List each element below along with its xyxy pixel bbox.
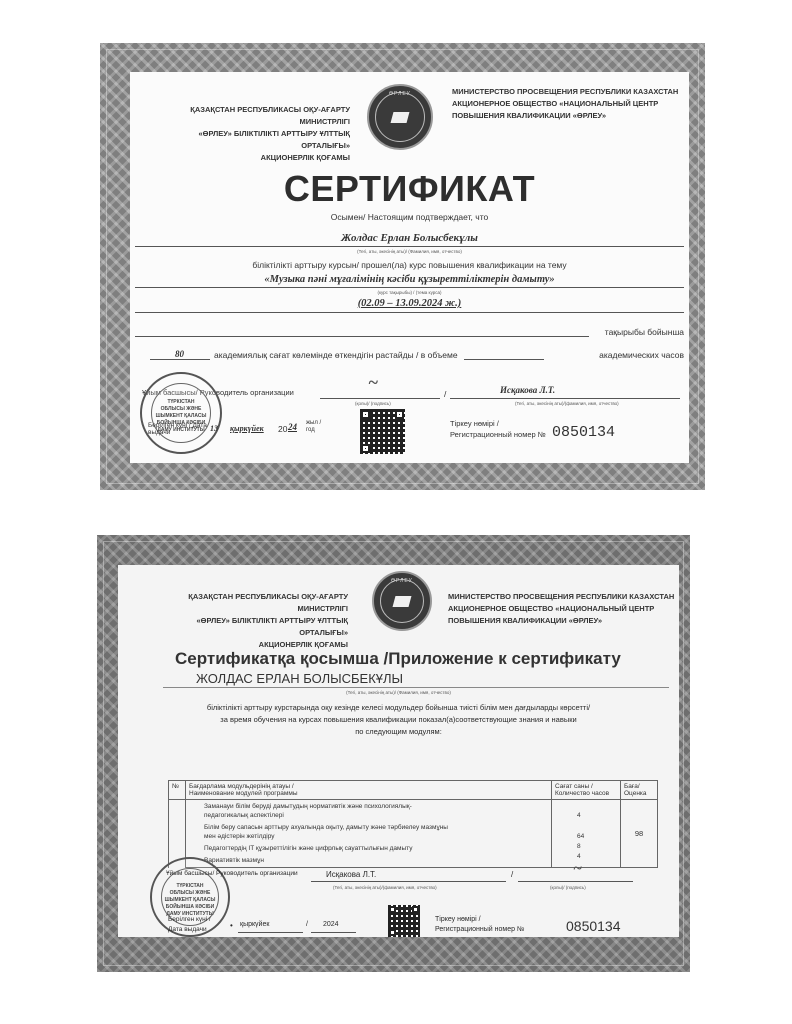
issued-year: 2024 xyxy=(323,921,339,928)
name-caption: (Тегі, аты, әкесінің аты)/ (Фамилия, имя… xyxy=(130,249,689,254)
issued-month: қыркүйек xyxy=(230,424,264,433)
reg-label-2: Регистрационный номер № xyxy=(450,430,546,439)
official-stamp: ТҮРКІСТАН ОБЛЫСЫ ЖӘНЕ ШЫМКЕНТ ҚАЛАСЫ БОЙ… xyxy=(140,372,222,454)
header-line: «ӨРЛЕУ» БІЛІКТІЛІКТІ АРТТЫРУ ҰЛТТЫҚ ОРТА… xyxy=(148,615,348,639)
head-name: Исқакова Л.Т. xyxy=(326,870,376,879)
course-dates: (02.09 – 13.09.2024 ж.) xyxy=(130,298,689,309)
module-name: Педагогтердің IT құзыреттілігін және циф… xyxy=(204,844,548,853)
header-russian: МИНИСТЕРСТВО ПРОСВЕЩЕНИЯ РЕСПУБЛИКИ КАЗА… xyxy=(448,591,688,627)
hours-text: академиялық сағат көлемінде өткендігін р… xyxy=(214,350,458,360)
header-line: АКЦИОНЕРНОЕ ОБЩЕСТВО «НАЦИОНАЛЬНЫЙ ЦЕНТР xyxy=(452,98,692,110)
issued-label: Берілген күні / Дата выдачи xyxy=(148,422,208,436)
recipient-name: Жолдас Ерлан Болысбекұлы xyxy=(130,232,689,244)
issued-label: Берілген күні / Дата выдачи xyxy=(168,915,211,935)
hours-list: 4 64 8 4 xyxy=(552,800,621,868)
issued-year-suffix: 24 xyxy=(288,422,297,432)
appendix-title: Сертификатқа қосымша /Приложение к серти… xyxy=(175,649,621,669)
header-line: ПОВЫШЕНИЯ КВАЛИФИКАЦИИ «ӨРЛЕУ» xyxy=(452,110,692,122)
orleu-logo-icon: ӨРЛЕУ xyxy=(372,571,432,631)
module-hours: 64 xyxy=(577,832,617,841)
open-book-icon xyxy=(393,596,412,607)
appendix-body: ҚАЗАҚСТАН РЕСПУБЛИКАСЫ ОҚУ-АҒАРТУ МИНИСТ… xyxy=(118,565,679,937)
reg-label-1: Тіркеу нөмірі / xyxy=(450,419,499,428)
certificate-appendix-page: ҚАЗАҚСТАН РЕСПУБЛИКАСЫ ОҚУ-АҒАРТУ МИНИСТ… xyxy=(97,535,690,972)
reg-label: Тіркеу нөмірі / Регистрационный номер № xyxy=(435,915,524,935)
header-russian: МИНИСТЕРСТВО ПРОСВЕЩЕНИЯ РЕСПУБЛИКИ КАЗА… xyxy=(452,86,692,122)
module-name: Заманауи білім беруді дамытудың норматив… xyxy=(204,802,454,820)
header-line: МИНИСТЕРСТВО ПРОСВЕЩЕНИЯ РЕСПУБЛИКИ КАЗА… xyxy=(448,591,688,603)
header-kazakh: ҚАЗАҚСТАН РЕСПУБЛИКАСЫ ОҚУ-АҒАРТУ МИНИСТ… xyxy=(148,591,348,651)
header-line: ПОВЫШЕНИЯ КВАЛИФИКАЦИИ «ӨРЛЕУ» xyxy=(448,615,688,627)
orleu-logo-icon: ӨРЛЕУ xyxy=(367,84,433,150)
col-number: № xyxy=(169,781,186,800)
qr-code[interactable] xyxy=(360,409,405,454)
topic-suffix: тақырыбы бойынша xyxy=(605,327,684,337)
table-header-row: № Бағдарлама модульдерінің атауы /Наимен… xyxy=(169,781,658,800)
signature: ~ xyxy=(368,372,378,393)
course-intro: біліктілікті арттыру курсын/ прошел(ла) … xyxy=(130,260,689,270)
header-line: МИНИСТЕРСТВО ПРОСВЕЩЕНИЯ РЕСПУБЛИКИ КАЗА… xyxy=(452,86,692,98)
col-hours: Сағат саны /Количество часов xyxy=(552,781,621,800)
hours-suffix: академических часов xyxy=(599,350,684,360)
appendix-intro: біліктілікті арттыру курстарында оқу кез… xyxy=(118,702,679,738)
year-label: жыл / год xyxy=(306,420,328,434)
header-line: ҚАЗАҚСТАН РЕСПУБЛИКАСЫ ОҚУ-АҒАРТУ МИНИСТ… xyxy=(150,104,350,128)
course-title: «Музыка пәні мұғалімінің кәсіби құзыретт… xyxy=(130,274,689,285)
course-caption: (курс тақырыбы) / (тема курса) xyxy=(130,290,689,295)
head-name-caption: (Тегі, аты, әкесінің аты)/(фамилия, имя,… xyxy=(333,885,437,890)
signature-caption: (қолы)/ (подпись) xyxy=(550,885,586,890)
certificate-title: СЕРТИФИКАТ xyxy=(130,168,689,210)
open-book-icon xyxy=(391,112,410,123)
certificate-body: ҚАЗАҚСТАН РЕСПУБЛИКАСЫ ОҚУ-АҒАРТУ МИНИСТ… xyxy=(130,72,689,463)
issued-year-prefix: 20 xyxy=(278,424,287,434)
module-hours: 8 xyxy=(577,842,617,851)
name-caption: (Тегі, аты, әкесінің аты)/ (Фамилия, имя… xyxy=(118,690,679,695)
logo-text: ӨРЛЕУ xyxy=(369,91,431,97)
header-line: «ӨРЛЕУ» БІЛІКТІЛІКТІ АРТТЫРУ ҰЛТТЫҚ ОРТА… xyxy=(150,128,350,152)
issued-month: қыркүйек xyxy=(240,921,269,928)
head-label: Ұйым басшысы/ Руководитель организации xyxy=(166,870,298,877)
recipient-name: ЖОЛДАС ЕРЛАН БОЛЫСБЕКҰЛЫ xyxy=(196,671,403,686)
header-line: ҚАЗАҚСТАН РЕСПУБЛИКАСЫ ОҚУ-АҒАРТУ МИНИСТ… xyxy=(148,591,348,615)
module-name: Вариативтік мазмұн xyxy=(204,856,548,865)
table-row: Заманауи білім беруді дамытудың норматив… xyxy=(169,800,658,868)
confirms-text: Осымен/ Настоящим подтверждает, что xyxy=(130,212,689,222)
module-hours: 4 xyxy=(577,852,617,861)
module-name: Білім беру сапасын арттыру ахуалында оқы… xyxy=(204,823,454,841)
module-hours: 4 xyxy=(577,811,617,820)
reg-number: 0850134 xyxy=(552,424,615,441)
header-kazakh: ҚАЗАҚСТАН РЕСПУБЛИКАСЫ ОҚУ-АҒАРТУ МИНИСТ… xyxy=(150,104,350,164)
reg-number: 0850134 xyxy=(566,918,621,934)
header-line: АКЦИОНЕРЛІК ҚОҒАМЫ xyxy=(150,152,350,164)
issued-day: 13 xyxy=(210,424,218,433)
qr-code[interactable] xyxy=(388,905,420,937)
hours-value: 80 xyxy=(175,349,184,359)
head-name: Исқакова Л.Т. xyxy=(500,385,555,395)
grade-value: 98 xyxy=(621,800,658,868)
head-name-caption: (Тегі, аты, әкесінің аты)/(фамилия, имя,… xyxy=(515,401,619,406)
col-grade: Баға/Оценка xyxy=(621,781,658,800)
modules-table: № Бағдарлама модульдерінің атауы /Наимен… xyxy=(168,780,658,868)
modules-list: Заманауи білім беруді дамытудың норматив… xyxy=(186,800,552,868)
logo-text: ӨРЛЕУ xyxy=(374,578,430,584)
col-module: Бағдарлама модульдерінің атауы /Наименов… xyxy=(186,781,552,800)
signature: ~ xyxy=(573,860,582,878)
signature-caption: (қолы)/ (подпись) xyxy=(355,401,391,406)
certificate-page: ҚАЗАҚСТАН РЕСПУБЛИКАСЫ ОҚУ-АҒАРТУ МИНИСТ… xyxy=(100,43,705,490)
header-line: АКЦИОНЕРНОЕ ОБЩЕСТВО «НАЦИОНАЛЬНЫЙ ЦЕНТР xyxy=(448,603,688,615)
